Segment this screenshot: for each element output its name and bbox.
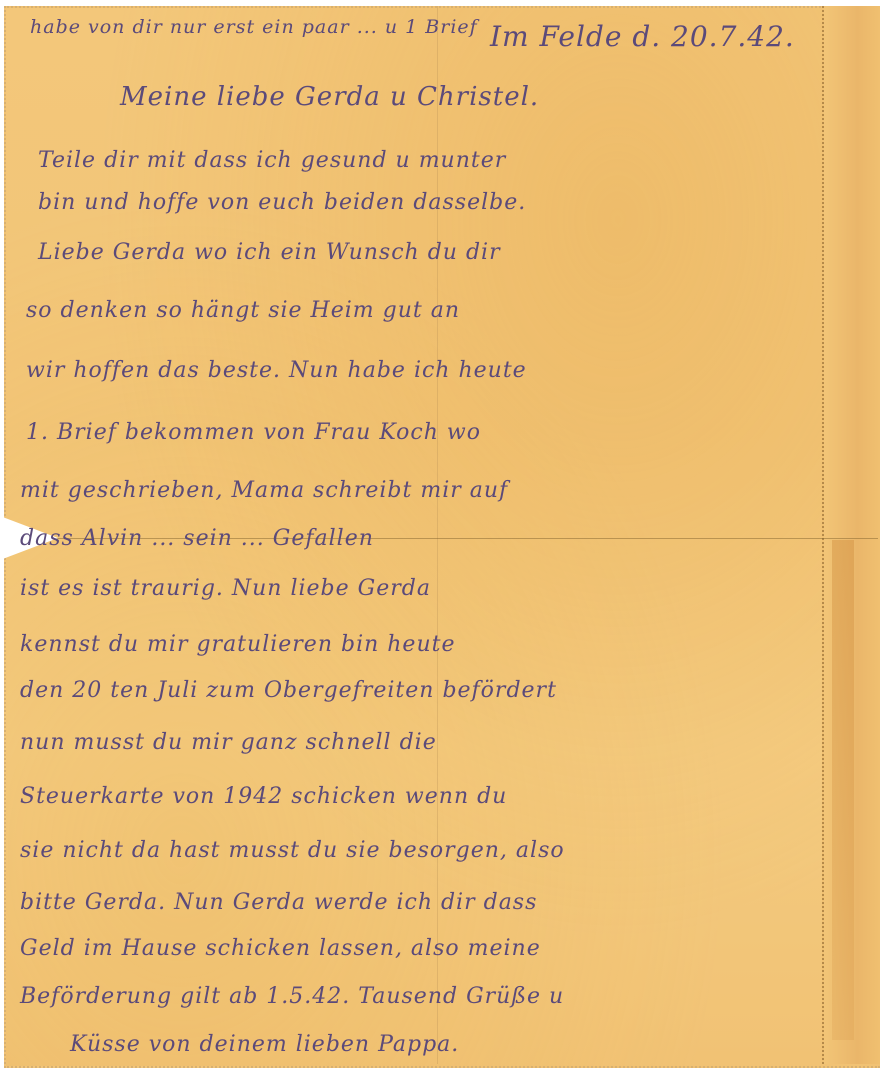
letter-line: wir hoffen das beste. Nun habe ich heute bbox=[26, 358, 527, 383]
letter-line: Geld im Hause schicken lassen, also mein… bbox=[20, 936, 541, 961]
letter-line: Beförderung gilt ab 1.5.42. Tausend Grüß… bbox=[20, 984, 564, 1009]
letter-line: bitte Gerda. Nun Gerda werde ich dir das… bbox=[20, 890, 537, 915]
salutation: Meine liebe Gerda u Christel. bbox=[120, 82, 539, 112]
letter-line: mit geschrieben, Mama schreibt mir auf bbox=[20, 478, 508, 503]
letter-line: 1. Brief bekommen von Frau Koch wo bbox=[26, 420, 481, 445]
letter-line: Teile dir mit dass ich gesund u munter bbox=[38, 148, 506, 173]
letter-line: dass Alvin ... sein ... Gefallen bbox=[20, 526, 374, 551]
letter-line: Steuerkarte von 1942 schicken wenn du bbox=[20, 784, 507, 809]
letter-line: kennst du mir gratulieren bin heute bbox=[20, 632, 455, 657]
letter-line: ist es ist traurig. Nun liebe Gerda bbox=[20, 576, 431, 601]
letter-line: Liebe Gerda wo ich ein Wunsch du dir bbox=[38, 240, 501, 265]
letter-line: bin und hoffe von euch beiden dasselbe. bbox=[38, 190, 526, 215]
stain bbox=[832, 540, 854, 1040]
letter-line: sie nicht da hast musst du sie besorgen,… bbox=[20, 838, 565, 863]
margin-note: habe von dir nur erst ein paar ... u 1 B… bbox=[30, 16, 478, 38]
place-date: Im Felde d. 20.7.42. bbox=[490, 20, 795, 53]
letter-line: so denken so hängt sie Heim gut an bbox=[26, 298, 460, 323]
signature-line: Küsse von deinem lieben Pappa. bbox=[70, 1032, 459, 1057]
letter-line: den 20 ten Juli zum Obergefreiten beförd… bbox=[20, 678, 557, 703]
letter-line: nun musst du mir ganz schnell die bbox=[20, 730, 437, 755]
